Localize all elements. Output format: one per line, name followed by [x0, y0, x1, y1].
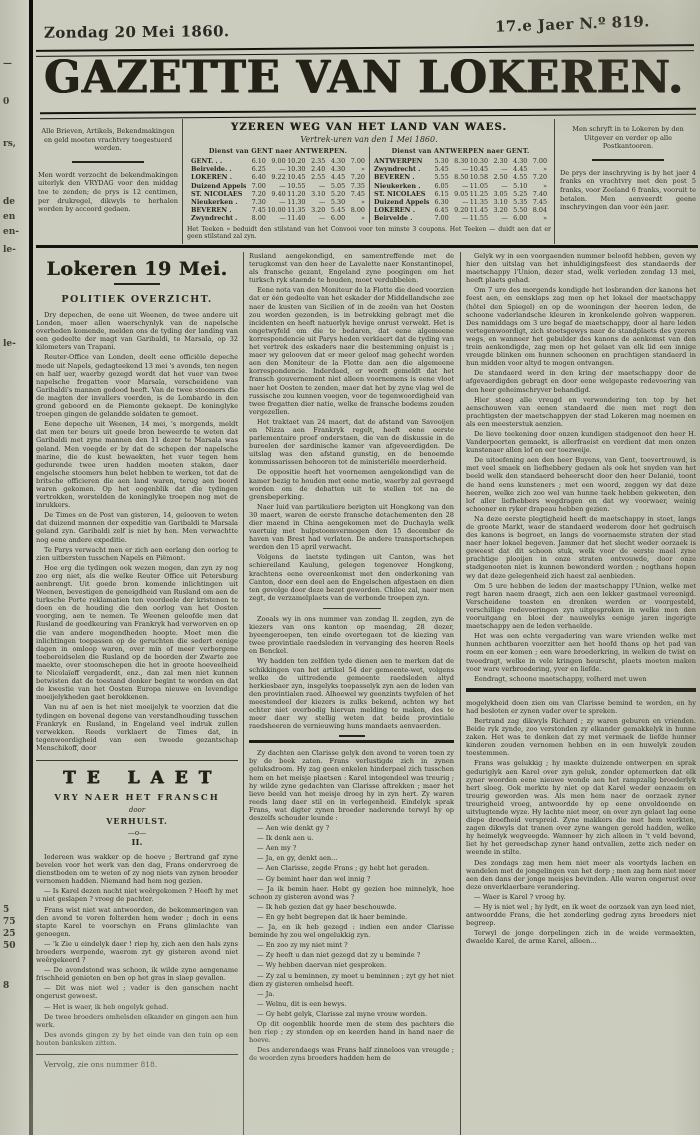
departure-time: 7.20: [345, 173, 365, 181]
paragraph: — En gy hebt begrepen dat ik haer bemind…: [249, 913, 454, 921]
feuilleton-byline-door: door: [36, 806, 238, 814]
departure-time: 4.55: [508, 173, 528, 181]
paragraph: — Ja, en ik heb gezegd : indien een ande…: [249, 923, 454, 939]
paragraph: 5: [3, 905, 9, 915]
paragraph: Eene depeche uit Weenen, 14 mei, 's morg…: [36, 420, 238, 509]
timetable-row: Zwyndrecht .8.00—11.40—6.00»: [191, 214, 365, 222]
departure-time: 5.35: [508, 198, 528, 206]
paragraph: Gelyk wy in een voorgaenden nummer beloo…: [466, 252, 696, 284]
departure-time: 10.30: [468, 157, 488, 165]
departure-time: 6.30: [429, 198, 449, 206]
departure-time: 11.25: [468, 190, 488, 198]
departure-time: —: [305, 182, 325, 190]
paragraph: Eendragt, schoone maetschappy, volherd m…: [466, 675, 696, 683]
paragraph: 0: [3, 97, 9, 107]
article-columns: Lokeren 19 Mei. POLITIEK OVERZICHT. Dry …: [36, 252, 698, 1135]
timetable-rows: ANTWERPEN5.308.3010.302.304.307.00Zwyndr…: [374, 157, 547, 223]
station-name: Nieukerken .: [191, 198, 246, 206]
feuilleton-title: TE LAET: [36, 768, 238, 788]
paragraph: Op dit oogenblik hoorde men de stem des …: [249, 1020, 454, 1044]
departure-time: 5.05: [325, 182, 345, 190]
continuation-note: Vervolg, zie ons nummer 818.: [36, 1060, 238, 1069]
notice-price: De prys der inschryving is by het jaer 4…: [560, 169, 696, 212]
station-name: GENT. . .: [191, 157, 246, 165]
departure-time: 3.10: [488, 198, 508, 206]
station-name: ST. NICOLAES: [191, 190, 246, 198]
paragraph: Frans wist niet wat antwoorden, de bekom…: [36, 906, 238, 938]
section-heading-politiek-overzicht: POLITIEK OVERZICHT.: [36, 294, 238, 305]
notice-divider: [72, 161, 144, 163]
timetable-row: LOKEREN .6.459.2011.453.205.508.04: [374, 206, 547, 214]
paragraph: — Is Karel dezen nacht niet weêrgekomen …: [36, 887, 238, 903]
departure-time: 9.40: [266, 190, 286, 198]
departure-time: 10.20: [286, 157, 306, 165]
timetable-row: Beirvelde. .6.25—10.302.404.30»: [191, 165, 365, 173]
departure-time: 7.20: [527, 173, 547, 181]
paragraph: rs,: [3, 139, 16, 149]
departure-time: 6.45: [429, 206, 449, 214]
timetable-row: BEVEREN .5.558.5010.582.504.557.20: [374, 173, 547, 181]
submission-notices: Alle Brieven, Artikels, Bekendmakingen e…: [38, 127, 178, 214]
timetable-row: ANTWERPEN5.308.3010.302.304.307.00: [374, 157, 547, 165]
departure-time: 6.00: [325, 214, 345, 222]
departure-time: 2.50: [488, 173, 508, 181]
paragraph: — Zy heeft u dan niet gezegd dat zy u be…: [249, 951, 454, 959]
paragraph: Dry depechen, de eene uit Weenen, de twe…: [36, 311, 238, 351]
feuilleton-header: TE LAET VRY NAER HET FRANSCH door VERHUL…: [36, 760, 238, 1069]
paragraph: de: [3, 197, 15, 207]
departure-time: —: [266, 182, 286, 190]
paragraph: —: [3, 59, 12, 69]
paragraph: — De avondstond was schoon, ik wilde zyn…: [36, 966, 238, 982]
departure-time: »: [527, 214, 547, 222]
paragraph: Eene nota van den Moniteur de la Flotte …: [249, 286, 454, 416]
departure-time: 3.05: [488, 190, 508, 198]
departure-time: 5.50: [508, 206, 528, 214]
departure-time: 8.04: [527, 206, 547, 214]
binding-edge: [29, 0, 33, 1135]
paragraph: en-: [3, 227, 19, 237]
paragraph: Om 7 ure des morgends kondigde het losbr…: [466, 286, 696, 367]
departure-time: 11.35: [468, 198, 488, 206]
feuilleton-ornament: —o—: [36, 829, 238, 837]
newspaper-page: —0rs,deenen-le-le-57525508 Zondag 20 Mei…: [0, 0, 700, 1135]
station-name: ST. NICOLAES: [374, 190, 429, 198]
departure-time: 4.30: [325, 157, 345, 165]
timetable-row: ST. NICOLAES6.159.0511.253.055.257.40: [374, 190, 547, 198]
departure-time: 11.55: [468, 214, 488, 222]
paragraph: Zy dachten aen Clarisse gelyk den avond …: [249, 749, 454, 822]
paragraph: — Ja, en gy, denkt aen...: [249, 854, 454, 862]
station-name: LOKEREN .: [374, 206, 429, 214]
departure-time: —: [449, 198, 469, 206]
paragraph: — Aen my ?: [249, 844, 454, 852]
paragraph: De twee broeders omhelsden elkander en g…: [36, 1013, 238, 1029]
station-name: BEVEREN .: [191, 206, 246, 214]
timetable-row: LOKEREN .6.409.2210.452.554.457.20: [191, 173, 365, 181]
timetable-header: Dienst van GENT naer ANTWERPEN.: [191, 147, 365, 155]
timetable-row: Nieukerken .6.05—11.05—5.10»: [374, 182, 547, 190]
departure-time: —: [449, 214, 469, 222]
departure-time: —: [266, 165, 286, 173]
timetable-row: BEVEREN .7.4510.0011.353.205.458.00: [191, 206, 365, 214]
departure-time: 7.45: [345, 190, 365, 198]
departure-time: 10.00: [266, 206, 286, 214]
item-divider: [323, 608, 381, 609]
paragraph: Hier steeg alle vreugd en verwondering t…: [466, 396, 696, 428]
local-news-elections: Zooals wy in ons nummer van zondag ll. z…: [249, 615, 454, 730]
station-name: Zwyndrecht .: [374, 165, 429, 173]
ornament-rule: [339, 735, 365, 737]
departure-time: —: [266, 214, 286, 222]
departure-time: 4.30: [325, 165, 345, 173]
paragraph: Des avonds gingen zy by het einde van de…: [36, 1031, 238, 1047]
departure-time: 2.30: [488, 157, 508, 165]
departure-time: —: [488, 214, 508, 222]
paragraph: — Gy bemint haer dan wel innig ?: [249, 875, 454, 883]
departure-time: 5.30: [429, 157, 449, 165]
timetable-antwerpen-gent: Dienst van ANTWERPEN naer GENT. ANTWERPE…: [369, 147, 551, 223]
issue-number: 17.e Jaer N.º 819.: [495, 12, 650, 35]
feuilleton-subtitle: VRY NAER HET FRANSCH: [36, 793, 238, 803]
departure-time: 10.58: [468, 173, 488, 181]
timetable-row: Duizend Appels6.30—11.353.105.357.45: [374, 198, 547, 206]
issue-date: Zondag 20 Mei 1860.: [44, 22, 230, 42]
article-dateline: Lokeren 19 Mei.: [36, 258, 238, 280]
departure-time: »: [345, 198, 365, 206]
departure-time: 7.45: [527, 198, 547, 206]
departure-time: 8.50: [449, 173, 469, 181]
departure-time: 11.30: [286, 198, 306, 206]
paragraph: — Gy hebt gelyk, Clarisse zal myne vrouw…: [249, 1010, 454, 1018]
paragraph: en: [3, 212, 15, 222]
departure-time: 7.00: [345, 157, 365, 165]
paragraph: — Zy zal u beminnen, zy moet u beminnen …: [249, 972, 454, 988]
departure-time: 5.25: [508, 190, 528, 198]
paragraph: Om 5 ure hebben de leden der maetschappy…: [466, 582, 696, 631]
paragraph: Terwyl de jonge dorpelingen zich in de w…: [466, 929, 696, 945]
column-1: Lokeren 19 Mei. POLITIEK OVERZICHT. Dry …: [36, 252, 238, 1135]
departure-time: 10.55: [286, 182, 306, 190]
paragraph: 50: [3, 941, 16, 951]
paragraph: — En zoo zy my niet mint ?: [249, 941, 454, 949]
feuilleton-separator: [466, 688, 696, 692]
paragraph: Iedereen was wakker op de hoeve ; Bertra…: [36, 853, 238, 885]
departure-time: 6.00: [508, 214, 528, 222]
departure-time: 9.20: [449, 206, 469, 214]
departure-time: —: [305, 214, 325, 222]
masthead-rule: [40, 108, 696, 120]
departure-time: —: [305, 198, 325, 206]
departure-time: »: [345, 214, 365, 222]
timetable-row: GENT. . .6.109.0010.202.354.307.00: [191, 157, 365, 165]
departure-time: 4.45: [508, 165, 528, 173]
departure-time: 5.45: [429, 165, 449, 173]
departure-time: 4.30: [508, 157, 528, 165]
feuilleton-author: VERHULST.: [36, 816, 238, 826]
departure-time: 6.40: [246, 173, 266, 181]
timetable-title: YZEREN WEG VAN HET LAND VAN WAES.: [187, 122, 551, 133]
paragraph: De Times en de Post van gisteren, 14, ge…: [36, 511, 238, 543]
paragraph: Reuter-Office van Londen, deelt eene off…: [36, 353, 238, 418]
departure-time: 7.35: [345, 182, 365, 190]
departure-time: 9.05: [449, 190, 469, 198]
paragraph: Van nu af aen is het niet moeijelyk te v…: [36, 703, 238, 752]
departure-time: —: [488, 165, 508, 173]
subscription-notices: Men schryft in te Lokeren by den Uitgeve…: [560, 125, 696, 212]
paragraph: Wy hadden ten zelfden tyde dienen aen te…: [249, 657, 454, 730]
departure-time: 3.20: [488, 206, 508, 214]
paragraph: 75: [3, 917, 16, 927]
departure-time: 5.10: [508, 182, 528, 190]
departure-time: 11.05: [468, 182, 488, 190]
paragraph: De standaerd werd in den kring der maets…: [466, 369, 696, 393]
station-name: LOKEREN .: [191, 173, 246, 181]
departure-time: 9.00: [266, 157, 286, 165]
feuilleton-text-continued: mogelykheid doen zien om van Clarisse be…: [466, 699, 696, 946]
departure-time: 10.30: [286, 165, 306, 173]
paragraph: Het was een echte vergadering van ware v…: [466, 632, 696, 672]
column-divider-1: [243, 252, 244, 1135]
departure-time: 7.30: [246, 198, 266, 206]
paragraph: — Ik denk aen u.: [249, 834, 454, 842]
timetable-row: Zwyndrecht .5.45—10.45—4.45»: [374, 165, 547, 173]
paragraph: Rusland aengekondigd, en samentreffende …: [249, 252, 454, 284]
column-3: Gelyk wy in een voorgaenden nummer beloo…: [466, 252, 696, 1135]
timetable-footnote: Het Teeken » beduidt den stilstand van h…: [187, 226, 551, 242]
politiek-overzicht-text: Dry depechen, de eene uit Weenen, de twe…: [36, 311, 238, 752]
station-name: Beirvelde .: [374, 214, 429, 222]
paragraph: mogelykheid doen zien om van Clarisse be…: [466, 699, 696, 715]
notice-subscribe: Men schryft in te Lokeren by den Uitgeve…: [560, 125, 696, 151]
paragraph: Frans was gelukkig ; hy maekte duizende …: [466, 759, 696, 856]
feuilleton-chapter-number: II.: [36, 838, 238, 848]
station-name: BEVEREN .: [374, 173, 429, 181]
departure-time: 5.55: [429, 173, 449, 181]
departure-time: »: [345, 165, 365, 173]
departure-time: —: [449, 182, 469, 190]
station-name: Duizend Appels: [191, 182, 246, 190]
paragraph: — 'k Zie u eindelyk daer ! riep hy, zich…: [36, 940, 238, 964]
masthead-title: GAZETTE VAN LOKEREN.: [28, 52, 700, 104]
feuilleton-text: Iedereen was wakker op de hoeve ; Bertra…: [36, 853, 238, 1047]
info-band: Alle Brieven, Artikels, Bekendmakingen e…: [36, 119, 698, 244]
paragraph: — Waer is Karel ? vroeg hy.: [466, 893, 696, 901]
notice-advertising: Men wordt verzocht de bekendmakingen uit…: [38, 171, 178, 214]
paragraph: le-: [3, 339, 16, 349]
dateline-rule: [114, 283, 160, 285]
station-name: Nieukerken .: [374, 182, 429, 190]
departure-time: 11.40: [286, 214, 306, 222]
paragraph: De uitoefening aen den heer Buyens, van …: [466, 456, 696, 513]
departure-time: 10.45: [468, 165, 488, 173]
paragraph: Zooals wy in ons nummer van zondag ll. z…: [249, 615, 454, 655]
paragraph: Het traktaet van 24 maert, dat de afstan…: [249, 418, 454, 467]
departure-time: 7.00: [429, 214, 449, 222]
paragraph: De lieve teekening door onzen kundigen s…: [466, 430, 696, 454]
paragraph: — Wy hebben daervan niet gesproken.: [249, 961, 454, 969]
timetable-subtitle: Vertrek-uren van den 1 Mei 1860.: [187, 135, 551, 144]
paragraph: 8: [3, 981, 9, 991]
departure-time: 2.55: [305, 173, 325, 181]
paragraph: Bertrand zag dikwyls Richard ; zy waren …: [466, 717, 696, 757]
departure-time: 8.30: [449, 157, 469, 165]
timetable-row: Nieukerken .7.30—11.30—5.30»: [191, 198, 365, 206]
timetable-row: Duizend Appels7.00—10.55—5.057.35: [191, 182, 365, 190]
paragraph: Na deze eerste plegtigheid heeft de maet…: [466, 515, 696, 580]
feuilleton-end-rule: [36, 1054, 238, 1055]
departure-time: 11.45: [468, 206, 488, 214]
paragraph: — Ja ik bemin haer. Hebt gy gezien hoe m…: [249, 885, 454, 901]
departure-time: —: [449, 165, 469, 173]
departure-time: 7.20: [246, 190, 266, 198]
torn-page-margin: —0rs,deenen-le-le-57525508: [0, 0, 30, 1135]
departure-time: 4.45: [325, 173, 345, 181]
paragraph: le-: [3, 245, 16, 255]
paragraph: — Ja.: [249, 990, 454, 998]
station-name: Duizend Appels: [374, 198, 429, 206]
departure-time: 5.45: [325, 206, 345, 214]
paragraph: Hoe erg die tydingen ook wezen mogen, da…: [36, 564, 238, 702]
paragraph: — Ik heb gezien dat gy haer beschouwde.: [249, 903, 454, 911]
notice-divider: [592, 159, 664, 161]
departure-time: 9.22: [266, 173, 286, 181]
paragraph: — Aen Clarisse, zegde Frans ; gy hebt he…: [249, 864, 454, 872]
departure-time: 2.40: [305, 165, 325, 173]
timetable-rows: GENT. . .6.109.0010.202.354.307.00Beirve…: [191, 157, 365, 223]
departure-time: 6.05: [429, 182, 449, 190]
timetable-gent-antwerpen: Dienst van GENT naer ANTWERPEN. GENT. . …: [187, 147, 369, 223]
paragraph: Te Parys verwacht men er zich aen eerlan…: [36, 546, 238, 562]
departure-time: 5.20: [325, 190, 345, 198]
departure-time: »: [527, 182, 547, 190]
departure-time: 6.25: [246, 165, 266, 173]
departure-time: 7.00: [527, 157, 547, 165]
timetable-row: ST. NICOLAES7.209.4011.203.105.207.45: [191, 190, 365, 198]
departure-time: 11.20: [286, 190, 306, 198]
departure-time: 10.45: [286, 173, 306, 181]
departure-time: 8.00: [246, 214, 266, 222]
departure-time: »: [527, 165, 547, 173]
timetable-header: Dienst van ANTWERPEN naer GENT.: [374, 147, 547, 155]
departure-time: —: [488, 182, 508, 190]
departure-time: 2.35: [305, 157, 325, 165]
departure-time: 7.45: [246, 206, 266, 214]
departure-time: —: [266, 198, 286, 206]
column-divider-2: [460, 252, 461, 1135]
section-rule: [36, 245, 698, 248]
paragraph: Des anderendaegs was Frans half zinneloo…: [249, 1046, 454, 1062]
paragraph: Volgens de laetste tydingen uit Canton, …: [249, 553, 454, 602]
departure-time: 3.10: [305, 190, 325, 198]
departure-time: 11.35: [286, 206, 306, 214]
column-2: Rusland aengekondigd, en samentreffende …: [249, 252, 454, 1135]
paragraph: — Dit was niet wel ; vader is den gansch…: [36, 984, 238, 1000]
paragraph: Naer luid van partikuliere berigten uit …: [249, 503, 454, 552]
departure-time: 7.00: [246, 182, 266, 190]
paragraph: 25: [3, 929, 16, 939]
departure-time: 7.40: [527, 190, 547, 198]
departure-time: 6.15: [429, 190, 449, 198]
notice-letters: Alle Brieven, Artikels, Bekendmakingen e…: [38, 127, 178, 153]
paragraph: — Het is waer, ik heb ongelyk gehad.: [36, 1003, 238, 1011]
station-name: Beirvelde. .: [191, 165, 246, 173]
feuilleton-text-continued: Zy dachten aen Clarisse gelyk den avond …: [249, 749, 454, 1062]
departure-time: 5.30: [325, 198, 345, 206]
departure-time: 3.20: [305, 206, 325, 214]
paragraph: — Hy is niet wel ; hy lydt, en ik weet d…: [466, 903, 696, 927]
paragraph: — Aen wie denkt gy ?: [249, 824, 454, 832]
timetable-tables: Dienst van GENT naer ANTWERPEN. GENT. . …: [187, 147, 551, 223]
band-divider-right: [554, 119, 555, 244]
departure-time: 8.00: [345, 206, 365, 214]
paragraph: — Welnu, dit is een bewys.: [249, 1000, 454, 1008]
timetable-row: Beirvelde .7.00—11.55—6.00»: [374, 214, 547, 222]
paragraph: Des zondags zag men hem niet meer als vo…: [466, 859, 696, 891]
band-divider-left: [182, 119, 183, 244]
railway-timetable: YZEREN WEG VAN HET LAND VAN WAES. Vertre…: [187, 122, 551, 241]
station-name: Zwyndrecht .: [191, 214, 246, 222]
politiek-overzicht-continued: Rusland aengekondigd, en samentreffende …: [249, 252, 454, 602]
paragraph: De oppositie heeft het voornemen aengeko…: [249, 468, 454, 500]
union-standard-report: Gelyk wy in een voorgaenden nummer beloo…: [466, 252, 696, 683]
departure-time: 6.10: [246, 157, 266, 165]
station-name: ANTWERPEN: [374, 157, 429, 165]
feuilleton-separator: [249, 740, 454, 743]
